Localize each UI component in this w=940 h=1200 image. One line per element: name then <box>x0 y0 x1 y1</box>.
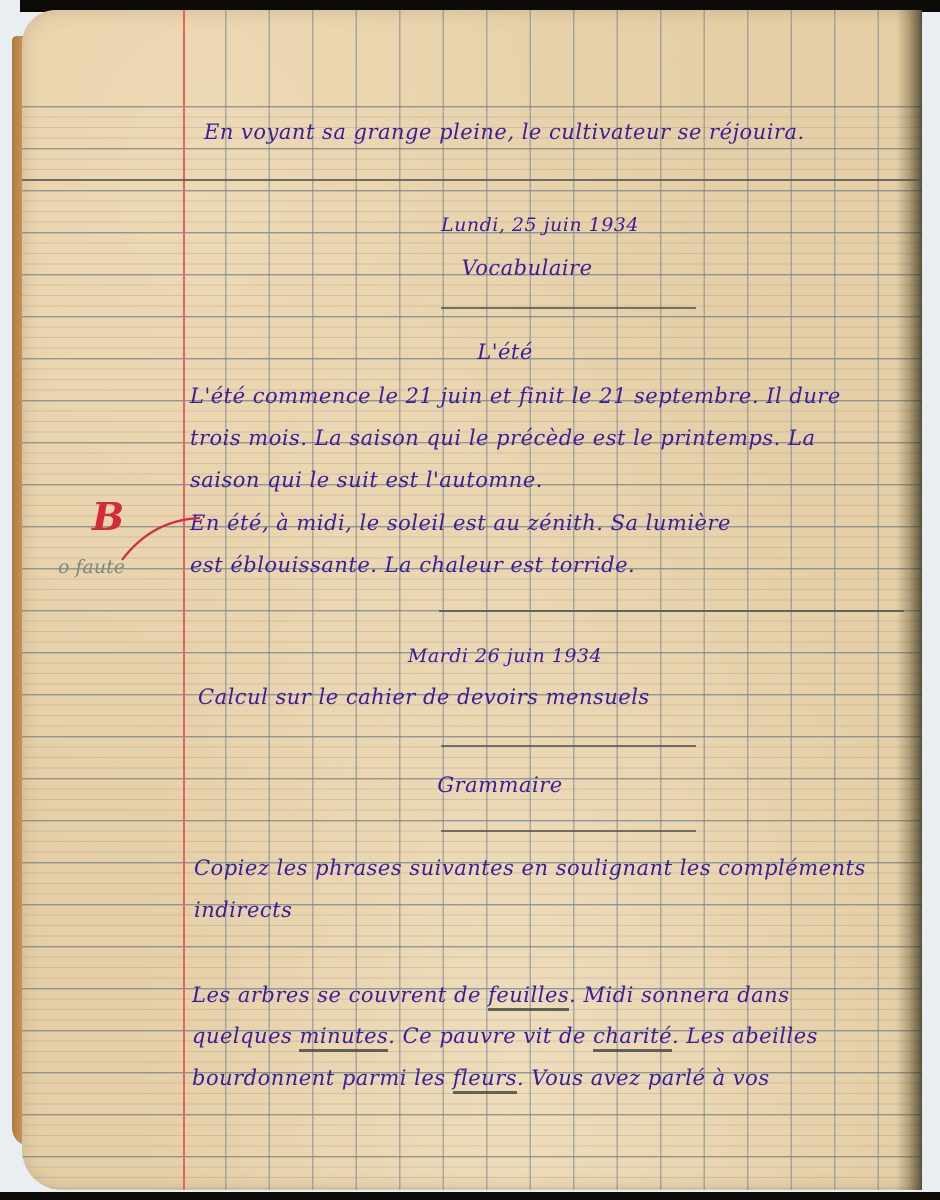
heading-rule <box>441 745 696 747</box>
exercise-instruction: indirects <box>194 900 292 921</box>
exercise-sentence-line: quelques minutes. Ce pauvre vit de chari… <box>192 1026 818 1047</box>
exercise-sentence-line: bourdonnent parmi les fleurs. Vous avez … <box>192 1068 770 1089</box>
subject-heading: Grammaire <box>437 775 562 796</box>
heading-rule <box>441 830 696 832</box>
lesson-title: L'été <box>477 342 533 363</box>
date-heading: Lundi, 25 juin 1934 <box>441 216 639 235</box>
heading-rule <box>441 307 696 309</box>
subject-heading: Vocabulaire <box>461 258 592 279</box>
sentence-line: En voyant sa grange pleine, le cultivate… <box>204 122 805 143</box>
paragraph-line: L'été commence le 21 juin et finit le 21… <box>190 386 841 407</box>
notebook-page: En voyant sa grange pleine, le cultivate… <box>22 10 922 1190</box>
pencil-annotation: o faute <box>58 558 125 577</box>
underlined-complement: feuilles <box>488 983 569 1011</box>
exercise-sentence-line: Les arbres se couvrent de feuilles. Midi… <box>192 985 789 1006</box>
red-margin-line <box>183 10 185 1190</box>
page-fold-shadow <box>896 10 922 1190</box>
vertical-ruling <box>183 10 922 1190</box>
underlined-complement: minutes <box>299 1024 388 1052</box>
underlined-complement: fleurs <box>453 1066 517 1094</box>
underlined-complement: charité <box>593 1024 672 1052</box>
scan-bottom-edge <box>0 1192 940 1200</box>
paragraph-line: trois mois. La saison qui le précède est… <box>190 428 815 449</box>
date-heading: Mardi 26 juin 1934 <box>408 647 602 666</box>
paragraph-line: En été, à midi, le soleil est au zénith.… <box>190 513 731 534</box>
paragraph-line: est éblouissante. La chaleur est torride… <box>190 555 635 576</box>
paragraph-line: saison qui le suit est l'automne. <box>190 470 543 491</box>
assignment-note: Calcul sur le cahier de devoirs mensuels <box>198 687 650 708</box>
exercise-instruction: Copiez les phrases suivantes en souligna… <box>194 858 866 879</box>
section-separator-rule <box>22 179 922 181</box>
section-separator-rule <box>439 610 904 612</box>
